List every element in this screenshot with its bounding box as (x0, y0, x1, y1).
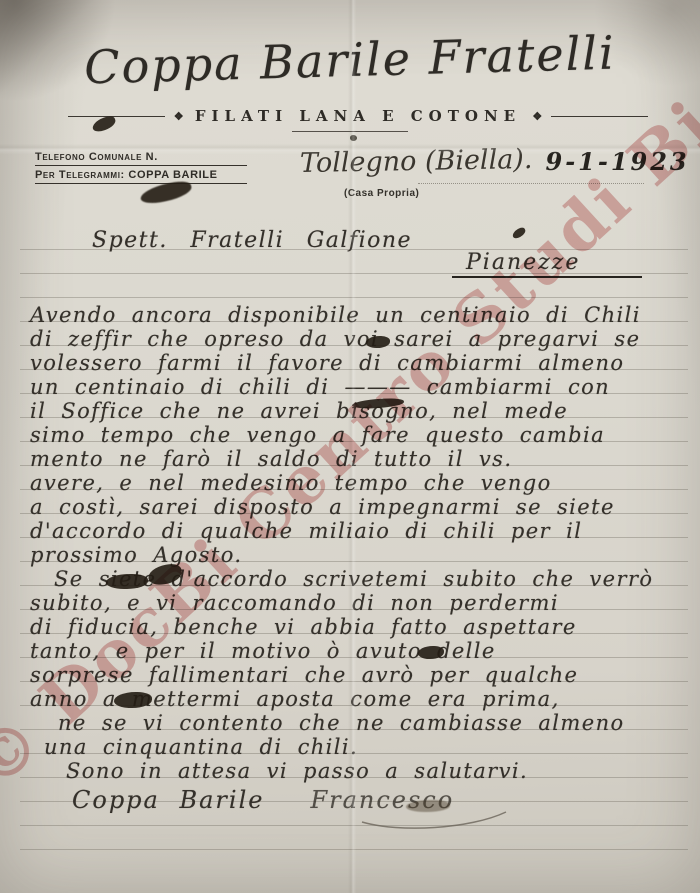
letter-line: Avendo ancora disponibile un centinaio d… (30, 302, 641, 326)
telegram-line: Per Telegrammi: COPPA BARILE (35, 166, 247, 184)
letter-scan-page: Coppa Barile Fratelli ❖ FILATI LANA E CO… (0, 0, 700, 893)
letter-line: mento ne farò il saldo di tutto il vs. (30, 446, 512, 470)
diamond-ornament-icon: ❖ (532, 110, 542, 123)
sub-rule (292, 131, 408, 132)
signature-company: Coppa Barile (72, 786, 264, 814)
letter-line: il Soffice che ne avrei bisogno, nel med… (30, 398, 568, 422)
handwritten-date: 9-1-1923 (546, 147, 690, 176)
place-name: Tollegno (Biella). (300, 144, 533, 179)
tagline-rule-left (68, 116, 165, 117)
letter-line: un centinaio di chili di ——— cambiarmi c… (30, 374, 610, 398)
letter-line: anno a mettermi aposta come era prima, (30, 686, 560, 710)
diamond-ornament-icon: ❖ (174, 110, 184, 123)
letter-line: Sono in attesa vi passo a salutarvi. (66, 758, 528, 782)
tagline-rule-right (551, 116, 648, 117)
letter-line: di fiducia, benche vi abbia fatto aspett… (30, 614, 577, 638)
letter-line: subito, e vi raccomando di non perdermi (30, 590, 559, 614)
dateline: Tollegno (Biella). 9-1-1923 (300, 146, 690, 177)
letter-line: sorprese fallimentari che avrò per qualc… (30, 662, 578, 686)
letter-line: volessero farmi il favore di cambiarmi a… (30, 350, 624, 374)
contact-box: Telefono Comunale N. Per Telegrammi: COP… (35, 148, 247, 184)
company-name: Coppa Barile Fratelli (0, 24, 700, 96)
addressee-line: Spett. Fratelli Galfione (92, 228, 412, 253)
date-rule (418, 183, 644, 184)
place-note: (Casa Propria) (344, 188, 419, 199)
letter-line: ne se vi contento che ne cambiasse almen… (58, 710, 625, 734)
tagline-row: ❖ FILATI LANA E COTONE ❖ (68, 107, 648, 125)
printer-ornament-icon (350, 135, 357, 141)
letter-line: di zeffir che opreso da voi sarei a preg… (30, 326, 640, 350)
tagline-text: FILATI LANA E COTONE (195, 107, 521, 125)
letter-line: avere, e nel medesimo tempo che vengo (30, 470, 552, 494)
company-tagline: ❖ FILATI LANA E COTONE ❖ (174, 107, 542, 125)
letter-line: una cinquantina di chili. (44, 734, 358, 758)
destination-line: Pianezze (452, 250, 642, 278)
letter-line: d'accordo di qualche miliaio di chili pe… (30, 518, 582, 542)
telephone-line: Telefono Comunale N. (35, 148, 247, 166)
letter-line: prossimo Agosto. (30, 542, 242, 566)
letter-line: simo tempo che vengo a fare questo cambi… (30, 422, 605, 446)
letter-line: a costì, sarei disposto a impegnarmi se … (30, 494, 615, 518)
